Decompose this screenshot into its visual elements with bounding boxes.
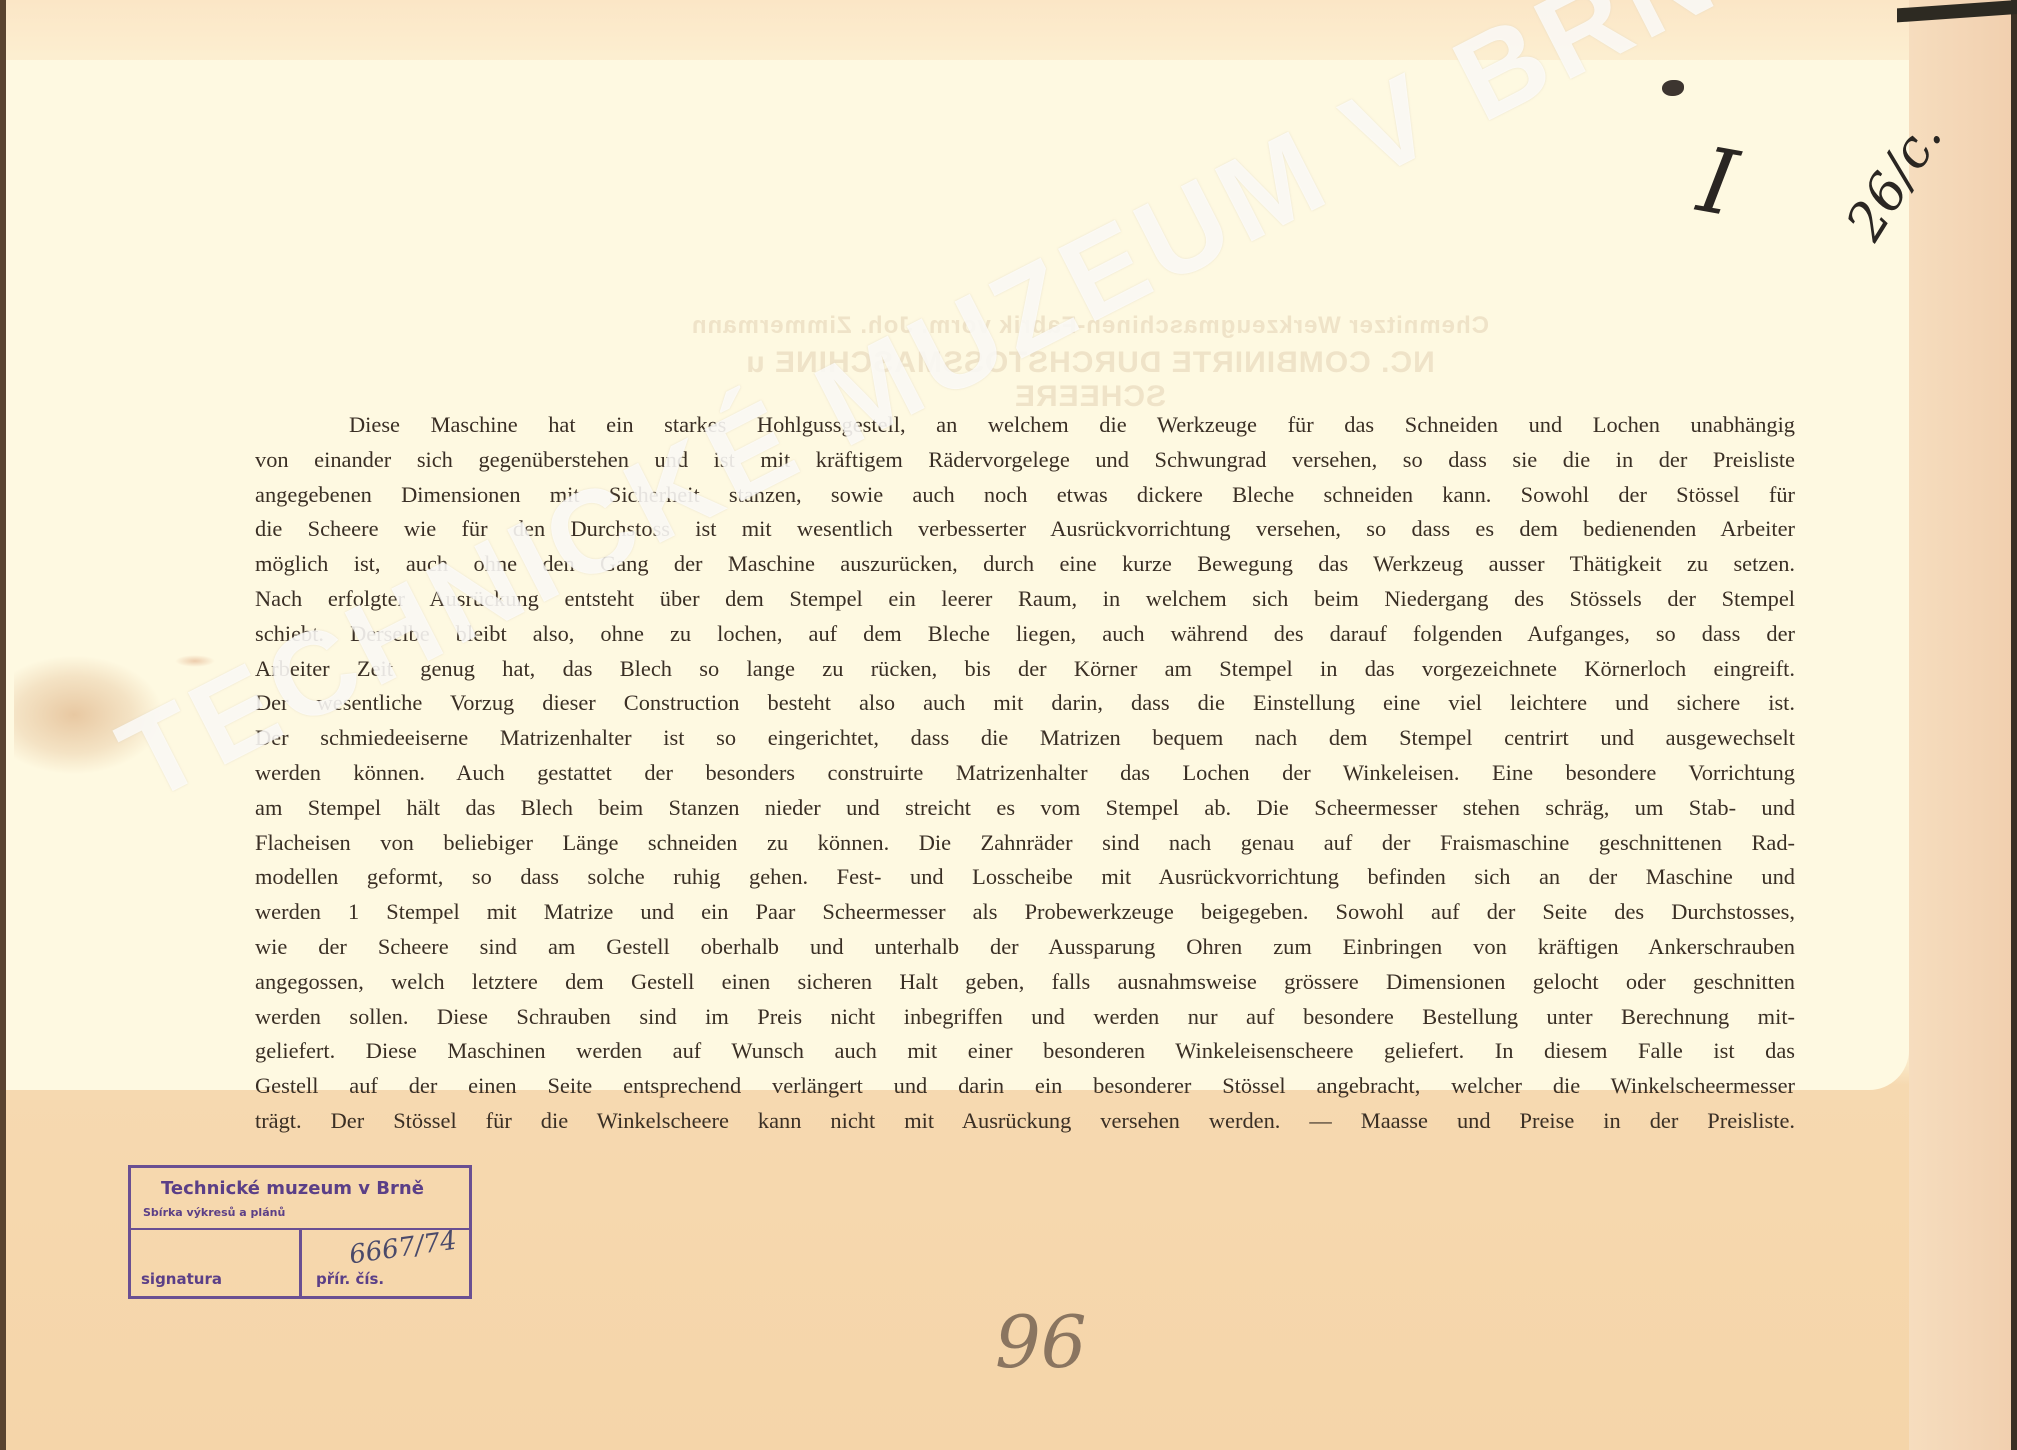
body-line: Diese Maschine hat ein starkes Hohlgussg… [255, 408, 1795, 443]
stamp-signature-label: signatura [141, 1270, 222, 1288]
paper-stain-small [175, 655, 215, 667]
body-line: Gestell auf der einen Seite entsprechend… [255, 1069, 1795, 1104]
body-line: schiebt. Derselbe bleibt also, ohne zu l… [255, 617, 1795, 652]
stamp-accession-label: přír. čís. [316, 1270, 384, 1288]
stamp-accession-number: 6667/74 [347, 1226, 458, 1271]
museum-stamp: Technické muzeum v Brně Sbírka výkresů a… [128, 1165, 472, 1299]
body-line: die Scheere wie für den Durchstoss ist m… [255, 512, 1795, 547]
body-line: Flacheisen von beliebiger Länge schneide… [255, 826, 1795, 861]
stamp-divider-vertical [299, 1228, 302, 1296]
scanned-page: Chemnitzer Werkzeugmaschinen-Fabrik vorm… [0, 0, 2017, 1450]
mirrored-offset-print: Chemnitzer Werkzeugmaschinen-Fabrik vorm… [690, 312, 1490, 414]
body-line: angegebenen Dimensionen mit Sicherheit s… [255, 478, 1795, 513]
ink-spot [1662, 80, 1684, 96]
body-line: werden 1 Stempel mit Matrize und ein Paa… [255, 895, 1795, 930]
body-paragraph: Diese Maschine hat ein starkes Hohlgussg… [255, 408, 1795, 1139]
body-line: möglich ist, auch ohne den Gang der Masc… [255, 547, 1795, 582]
body-line: werden sollen. Diese Schrauben sind im P… [255, 1000, 1795, 1035]
scan-border-left [0, 0, 6, 1450]
body-line: am Stempel hält das Blech beim Stanzen n… [255, 791, 1795, 826]
backing-sheet-edge [1909, 0, 2017, 1450]
body-line: wie der Scheere sind am Gestell oberhalb… [255, 930, 1795, 965]
body-line: von einander sich gegenüberstehen und is… [255, 443, 1795, 478]
body-line: werden können. Auch gestattet der besond… [255, 756, 1795, 791]
body-line: modellen geformt, so dass solche ruhig g… [255, 860, 1795, 895]
body-line: Arbeiter Zeit genug hat, das Blech so la… [255, 652, 1795, 687]
body-line: angegossen, welch letztere dem Gestell e… [255, 965, 1795, 1000]
paper-stain [14, 655, 164, 775]
offset-print-line-1: Chemnitzer Werkzeugmaschinen-Fabrik vorm… [690, 312, 1490, 340]
body-line: trägt. Der Stössel für die Winkelscheere… [255, 1104, 1795, 1139]
body-line: Der wesentliche Vorzug dieser Constructi… [255, 686, 1795, 721]
handwritten-page-number: 96 [995, 1300, 1087, 1384]
stamp-collection: Sbírka výkresů a plánů [143, 1206, 285, 1219]
body-line: geliefert. Diese Maschinen werden auf Wu… [255, 1034, 1795, 1069]
body-line: Nach erfolgter Ausrückung entsteht über … [255, 582, 1795, 617]
body-line: Der schmiedeeiserne Matrizenhalter ist s… [255, 721, 1795, 756]
scan-border-right [2011, 0, 2017, 1450]
stamp-institution: Technické muzeum v Brně [161, 1178, 424, 1199]
offset-print-line-2: NC. COMBINIRTE DURCHSTOSSMASCHINE u SCHE… [690, 346, 1490, 414]
